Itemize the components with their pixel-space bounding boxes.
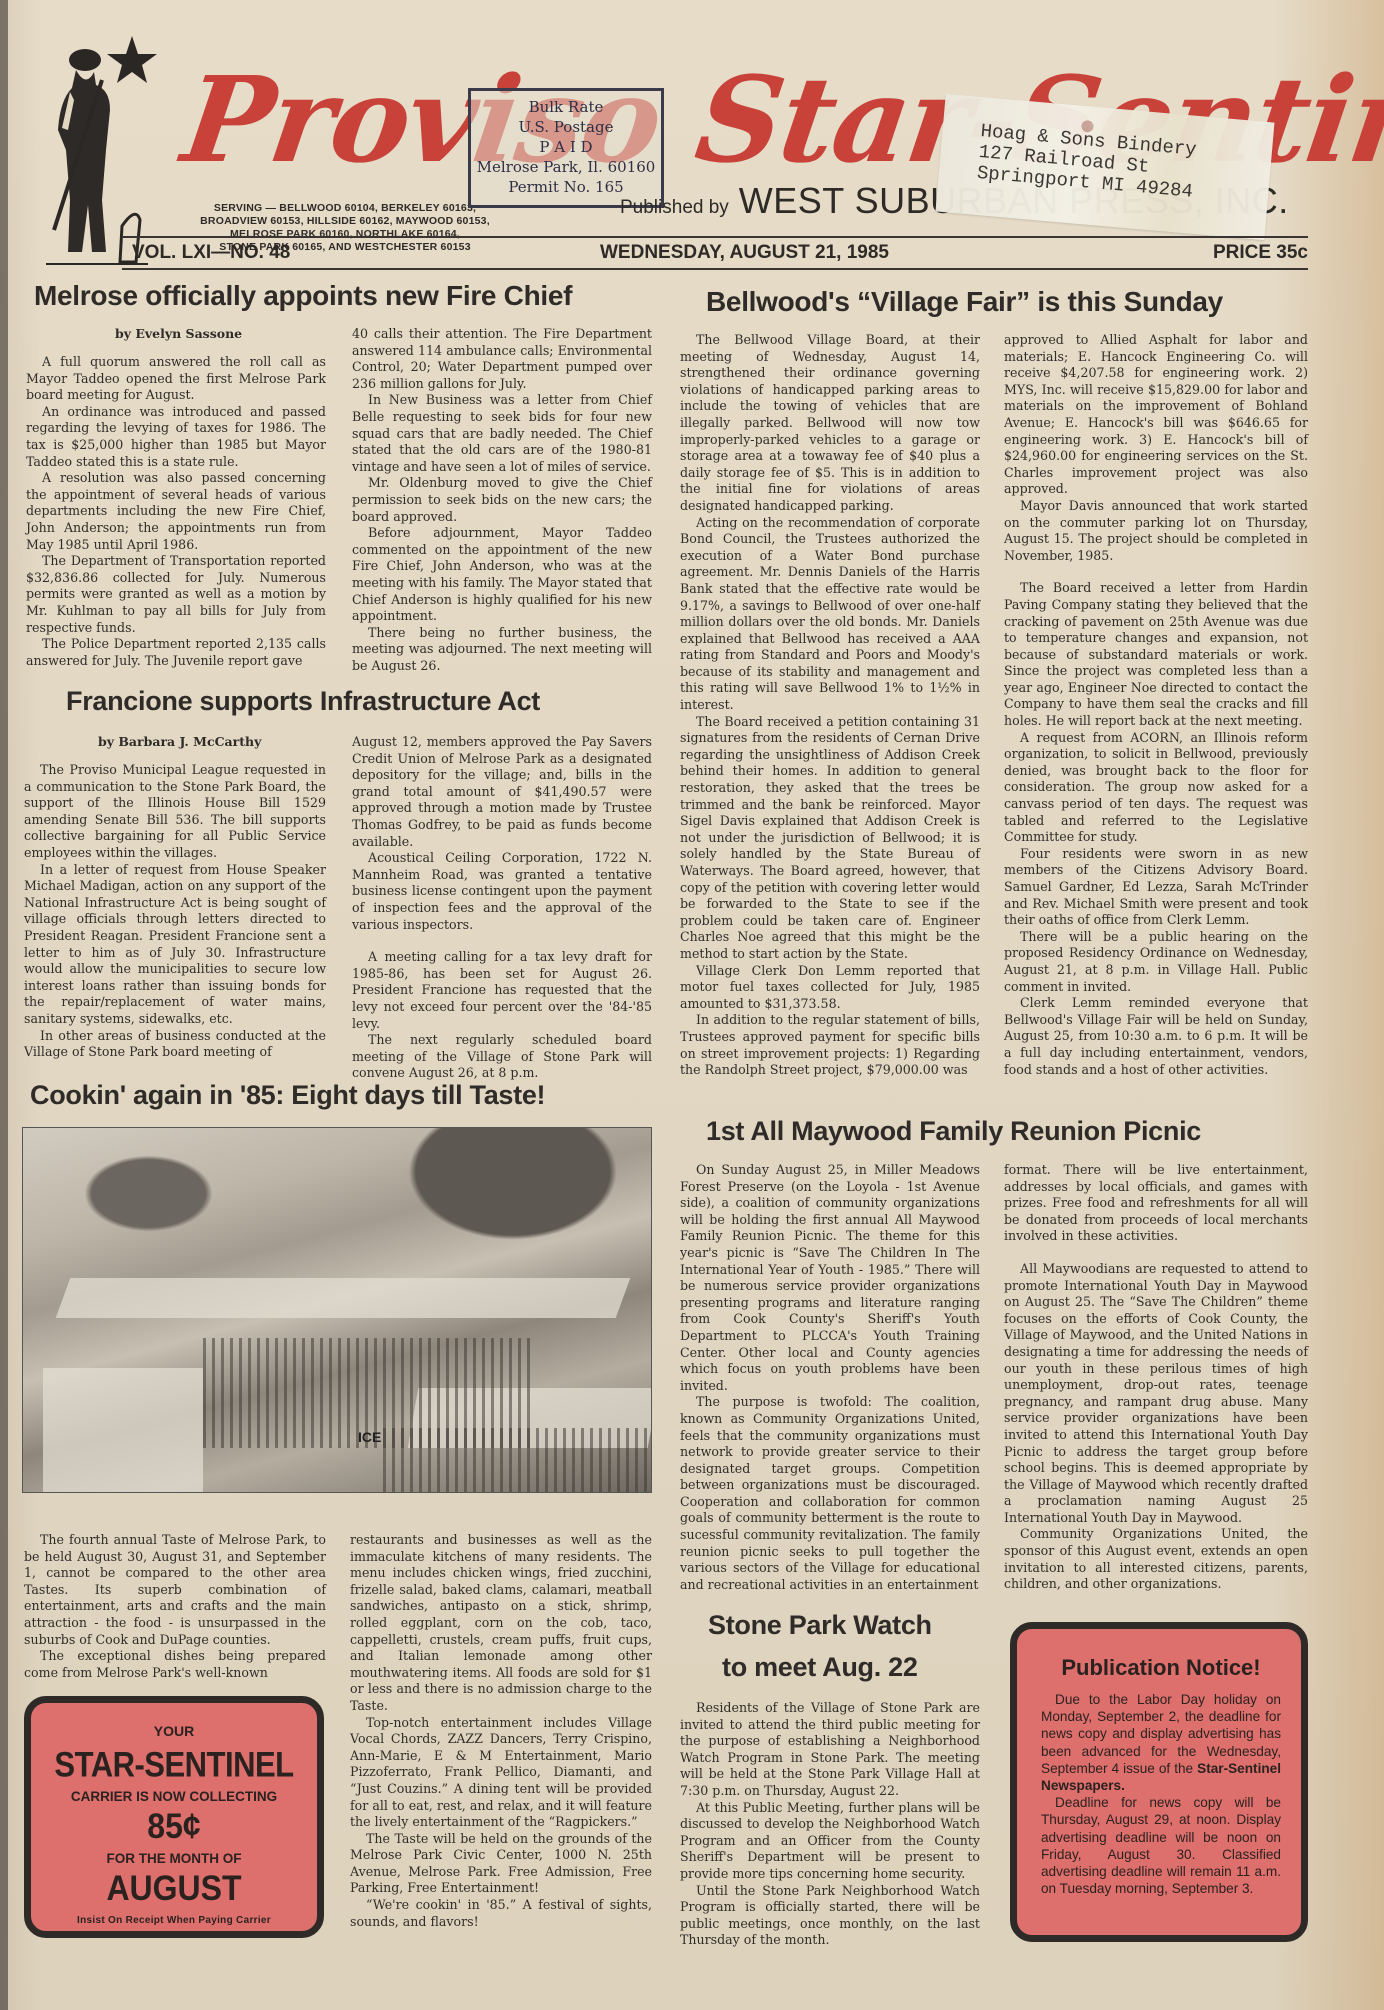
byline: by Barbara J. McCarthy [98, 734, 261, 749]
paragraph: Before adjournment, Mayor Taddeo comment… [352, 525, 652, 625]
carrier-collection-ad: YOUR STAR-SENTINEL CARRIER IS NOW COLLEC… [24, 1696, 324, 1938]
paragraph: At this Public Meeting, further plans wi… [680, 1800, 980, 1883]
article-column: 40 calls their attention. The Fire Depar… [352, 326, 652, 674]
paragraph: The Bellwood Village Board, at their mee… [680, 332, 980, 515]
paragraph: A full quorum answered the roll call as … [26, 354, 326, 404]
paragraph: The exceptional dishes being prepared co… [24, 1648, 326, 1681]
paragraph: Community Organizations United, the spon… [1004, 1526, 1308, 1592]
page-edge [0, 0, 8, 2010]
ad-line: FOR THE MONTH OF [31, 1851, 317, 1866]
paragraph: 40 calls their attention. The Fire Depar… [352, 326, 652, 392]
paragraph: Village Clerk Don Lemm reported that mot… [680, 963, 980, 1013]
headline-infrastructure: Francione supports Infrastructure Act [66, 686, 540, 717]
article-column: approved to Allied Asphalt for labor and… [1004, 332, 1308, 1078]
byline: by Evelyn Sassone [115, 326, 242, 341]
dateline-rule [122, 236, 1308, 238]
masthead: Proviso Star-Sentinel SERVING — BELLWOOD… [20, 30, 1320, 270]
dateline: VOL. LXI—NO. 48 WEDNESDAY, AUGUST 21, 19… [132, 240, 1308, 266]
article-column: restaurants and businesses as well as th… [350, 1532, 652, 1930]
paragraph: A meeting calling for a tax levy draft f… [352, 949, 652, 1032]
stamp-line: Bulk Rate [471, 97, 661, 117]
paragraph: Mayor Davis announced that work started … [1004, 498, 1308, 564]
paragraph: Until the Stone Park Neighborhood Watch … [680, 1883, 980, 1949]
photo-ice-sign: ICE [358, 1428, 370, 1446]
paragraph: Top-notch entertainment includes Village… [350, 1715, 652, 1831]
paragraph: The fourth annual Taste of Melrose Park,… [24, 1532, 326, 1648]
notice-paragraph: Deadline for news copy will be Thursday,… [1041, 1794, 1281, 1897]
service-area-line: BROADVIEW 60153, HILLSIDE 60162, MAYWOOD… [155, 215, 535, 228]
paragraph: The Board received a letter from Hardin … [1004, 580, 1308, 729]
paragraph: The next regularly scheduled board meeti… [352, 1032, 652, 1082]
paragraph: August 12, members approved the Pay Save… [352, 734, 652, 850]
dateline-rule [122, 268, 1308, 270]
publication-notice-box: Publication Notice! Due to the Labor Day… [1010, 1622, 1308, 1942]
published-by-label: Published by [620, 197, 729, 218]
paragraph: In a letter of request from House Speake… [24, 862, 326, 1028]
paragraph: Residents of the Village of Stone Park a… [680, 1700, 980, 1800]
paragraph: “We're cookin' in '85.” A festival of si… [350, 1897, 652, 1930]
headline-taste: Cookin' again in '85: Eight days till Ta… [30, 1080, 545, 1111]
paragraph: Acoustical Ceiling Corporation, 1722 N. … [352, 850, 652, 933]
paragraph: All Maywoodians are requested to attend … [1004, 1261, 1308, 1527]
article-column: The Proviso Municipal League requested i… [24, 762, 326, 1061]
paragraph: In New Business was a letter from Chief … [352, 392, 652, 475]
paragraph: A request from ACORN, an Illinois reform… [1004, 730, 1308, 846]
paragraph: In other areas of business conducted at … [24, 1028, 326, 1061]
minuteman-star-logo-icon [40, 30, 160, 270]
paragraph: A resolution was also passed concerning … [26, 470, 326, 553]
article-column: A full quorum answered the roll call as … [26, 354, 326, 669]
article-column: format. There will be live entertainment… [1004, 1162, 1308, 1593]
article-column: August 12, members approved the Pay Save… [352, 734, 652, 1082]
headline-fire-chief: Melrose officially appoints new Fire Chi… [34, 280, 572, 312]
headline-stone-park-watch-line1: Stone Park Watch [708, 1610, 932, 1641]
paragraph: The Proviso Municipal League requested i… [24, 762, 326, 862]
ad-paper-name: STAR-SENTINEL [31, 1744, 317, 1785]
headline-village-fair: Bellwood's “Village Fair” is this Sunday [706, 286, 1223, 318]
notice-paragraph: Due to the Labor Day holiday on Monday, … [1041, 1691, 1281, 1794]
article-column: On Sunday August 25, in Miller Meadows F… [680, 1162, 980, 1593]
paragraph: There being no further business, the mee… [352, 625, 652, 675]
notice-title: Publication Notice! [1041, 1655, 1281, 1681]
article-column: Residents of the Village of Stone Park a… [680, 1700, 980, 1949]
paragraph: Acting on the recommendation of corporat… [680, 515, 980, 714]
ad-price: 85¢ [31, 1806, 317, 1847]
issue-price: PRICE 35c [1213, 242, 1308, 264]
paragraph: Mr. Oldenburg moved to give the Chief pe… [352, 475, 652, 525]
stamp-line: P A I D [471, 137, 661, 157]
paragraph: The Department of Transportation reporte… [26, 553, 326, 636]
issue-date: WEDNESDAY, AUGUST 21, 1985 [600, 242, 889, 264]
ad-footnote: Insist On Receipt When Paying Carrier [31, 1915, 317, 1926]
paragraph: The purpose is twofold: The coalition, k… [680, 1394, 980, 1593]
paragraph: There will be a public hearing on the pr… [1004, 929, 1308, 995]
paragraph: restaurants and businesses as well as th… [350, 1532, 652, 1715]
paragraph: On Sunday August 25, in Miller Meadows F… [680, 1162, 980, 1394]
paragraph: approved to Allied Asphalt for labor and… [1004, 332, 1308, 498]
paragraph: Four residents were sworn in as new memb… [1004, 846, 1308, 929]
taste-festival-photo: ICE [22, 1127, 652, 1493]
volume-number: VOL. LXI—NO. 48 [132, 242, 290, 264]
paragraph: An ordinance was introduced and passed r… [26, 404, 326, 470]
paragraph: The Taste will be held on the grounds of… [350, 1831, 652, 1897]
stamp-line: U.S. Postage [471, 117, 661, 137]
article-column: The fourth annual Taste of Melrose Park,… [24, 1532, 326, 1681]
article-column: The Bellwood Village Board, at their mee… [680, 332, 980, 1079]
paragraph: In addition to the regular statement of … [680, 1012, 980, 1078]
headline-stone-park-watch-line2: to meet Aug. 22 [722, 1652, 918, 1683]
newspaper-front-page: Proviso Star-Sentinel SERVING — BELLWOOD… [0, 0, 1384, 2010]
paragraph: format. There will be live entertainment… [1004, 1162, 1308, 1245]
paragraph: The Police Department reported 2,135 cal… [26, 636, 326, 669]
stamp-line: Melrose Park, Il. 60160 [471, 157, 661, 177]
headline-picnic: 1st All Maywood Family Reunion Picnic [706, 1116, 1201, 1147]
ad-month: AUGUST [31, 1868, 317, 1909]
ad-line: CARRIER IS NOW COLLECTING [31, 1789, 317, 1804]
paragraph: Clerk Lemm reminded everyone that Bellwo… [1004, 995, 1308, 1078]
ad-line: YOUR [31, 1723, 317, 1739]
paragraph: The Board received a petition containing… [680, 714, 980, 963]
